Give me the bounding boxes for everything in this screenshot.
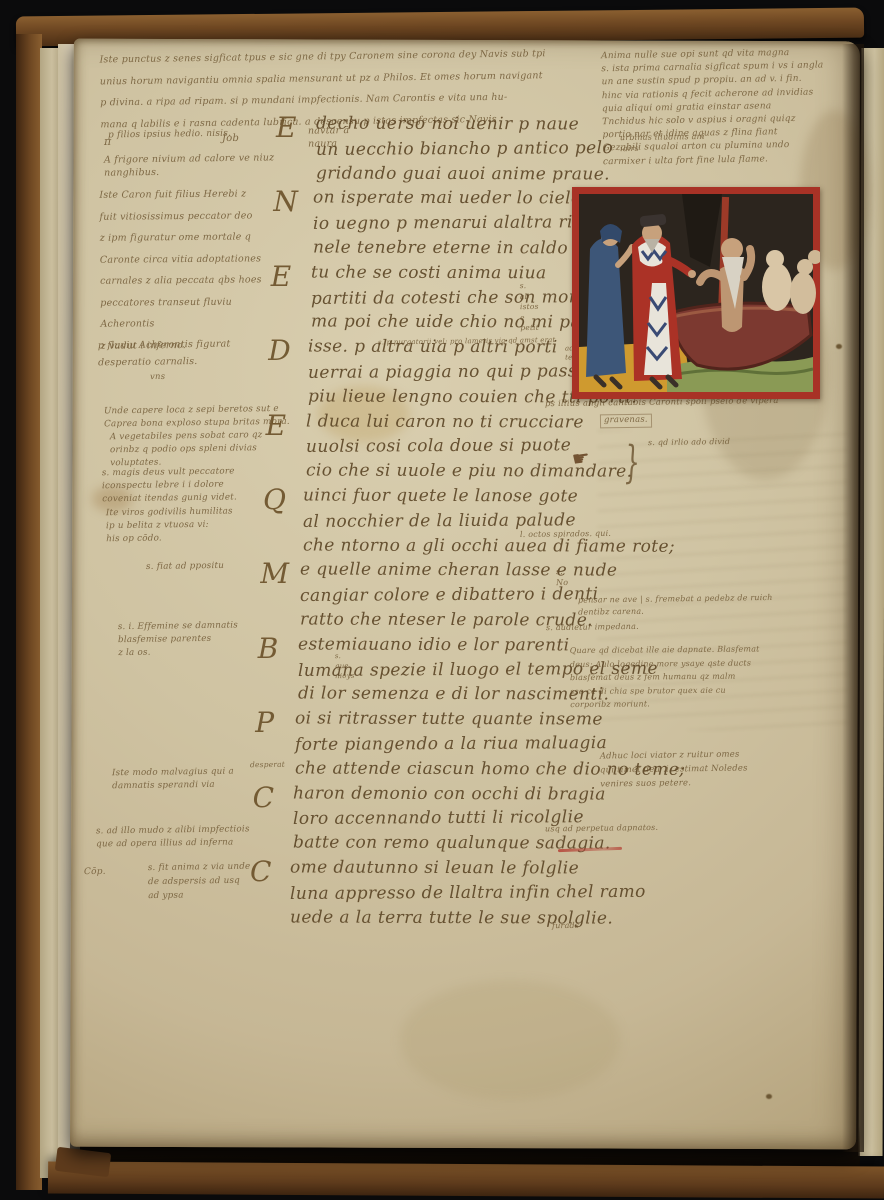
soul-body: [790, 272, 816, 314]
verse-line: che ntorno a gli occhi auea di fiame rot…: [303, 535, 608, 561]
verse-line: che attende ciascun homo che dio no teme…: [295, 758, 608, 784]
virgil-hand: [688, 270, 696, 278]
verse-line: uuolsi cosi cola doue si puote: [306, 435, 609, 462]
gutter-crease: [842, 44, 864, 1152]
verse-line: isse. p altra uia p altri porti: [308, 337, 608, 363]
tercet: Poi si ritrasser tutte quante insemefort…: [253, 709, 608, 783]
tercet: El duca lui caron no ti crucciareuuolsi …: [264, 412, 608, 486]
verse-line: ma poi che uide chio no mi partiua: [311, 312, 608, 338]
tercet: Bestemiauano idio e lor parentilumana sp…: [256, 635, 608, 709]
tercet: Edecho uerso noi uenir p naueun uecchio …: [274, 114, 608, 188]
tercet-initial: N: [273, 185, 298, 218]
verse-line: forte piangendo a la riua maluagia: [295, 733, 608, 760]
tercet: Disse. p altra uia p altri portiuerrai a…: [266, 337, 608, 411]
charon-boat-miniature: [572, 187, 820, 399]
tercet: Quinci fuor quete le lanose goteal nocch…: [261, 486, 608, 560]
tercet: Charon demonio con occhi di bragialoro a…: [251, 784, 608, 858]
tercet-initial: P: [255, 706, 274, 739]
tercet-initial: C: [253, 781, 274, 814]
verse-line: ome dautunno si leuan le folglie: [290, 857, 608, 883]
verse-line: uede a la terra tutte le sue spolglie.: [290, 907, 608, 933]
tercet: Non isperate mai ueder lo cieloio uegno …: [271, 188, 608, 262]
verse-line: batte con remo qualunque sadagia.: [293, 833, 608, 859]
verse-line: oi si ritrasser tutte quante inseme: [295, 709, 608, 735]
charon-head: [721, 238, 743, 260]
verse-line: ratto che nteser le parole crude.: [300, 609, 608, 635]
soul-body: [762, 263, 792, 311]
page-stack-fore-edge: [40, 48, 60, 1178]
verse-line: uinci fuor quete le lanose gote: [303, 485, 608, 511]
left-small-mark: vns: [150, 372, 165, 384]
job-note: Job: [222, 132, 239, 146]
tercet: Me quelle anime cheran lasse e nudecangi…: [258, 560, 608, 634]
tercet: Come dautunno si leuan le folglieluna ap…: [248, 858, 608, 932]
verse-line: decho uerso noi uenir p naue: [316, 113, 608, 139]
verse-line: l duca lui caron no ti crucciare: [306, 411, 608, 437]
verse-line: estemiauano idio e lor parenti: [298, 634, 608, 660]
tercet: Etu che se costi anima uiuapartiti da co…: [269, 263, 608, 337]
right-note: pensar ne ave | s. fremebat a pedebz de …: [578, 591, 813, 618]
left-comp-mark: Cōp.: [84, 866, 106, 879]
verse-line: io uegno p menarui alaltra riua: [313, 212, 608, 239]
tercet-initial: C: [250, 855, 271, 888]
tercet-initial: Q: [263, 483, 286, 516]
tercet-initial: D: [268, 334, 290, 367]
tercet-initial: E: [276, 111, 296, 144]
main-text-column: Edecho uerso noi uenir p naueun uecchio …: [248, 114, 608, 932]
leather-board-left-edge: [16, 34, 42, 1190]
verse-line: al nocchier de la liuida palude: [303, 510, 608, 537]
verse-line: e quelle anime cheran lasse e nude: [300, 560, 608, 586]
soul-head: [766, 250, 784, 268]
verse-line: uerrai a piaggia no qui p passare: [308, 361, 608, 388]
tercet-initial: E: [266, 409, 286, 442]
verse-line: cio che si uuole e piu no dimandare.: [306, 461, 608, 487]
leather-board-bottom-edge: [48, 1161, 884, 1198]
tercet-initial: M: [260, 557, 289, 590]
verse-line: un uecchio biancho p antico pelo: [316, 138, 608, 165]
verse-line: di lor semenza e di lor nascimenti.: [298, 684, 608, 710]
verse-line: tu che se costi anima uiua: [311, 262, 608, 288]
verse-line: partiti da cotesti che son morti,: [311, 287, 608, 314]
verse-line: lumana spezie il luogo el tempo el seme: [298, 659, 608, 686]
tercet-initial: B: [258, 632, 279, 665]
verse-line: loro accennando tutti li ricolglie: [293, 807, 609, 834]
interlinear-note: urbinas illudinis ani iairs: [620, 130, 780, 154]
verse-line: piu lieue lengno couien che tti porti.: [308, 386, 608, 412]
verse-line: cangiar colore e dibattero i denti: [300, 584, 608, 611]
verse-line: haron demonio con occhi di bragia: [293, 783, 608, 809]
right-note: s. qd irlio ado divid: [648, 435, 808, 448]
verse-line: luna appresso de llaltra infin chel ramo: [290, 882, 608, 909]
parchment-stain: [400, 980, 620, 1100]
verse-line: on isperate mai ueder lo cielo: [313, 188, 608, 214]
tercet-initial: E: [271, 260, 291, 293]
photograph-background: Iste punctus z senes sigficat tpus e sic…: [0, 0, 884, 1200]
parchment-speck: [766, 1094, 772, 1099]
verse-line: gridando guai auoi anime praue.: [316, 163, 608, 189]
pi-mark: π: [104, 134, 112, 149]
verse-line: nele tenebre eterne in caldo e n gielo.: [313, 237, 608, 263]
